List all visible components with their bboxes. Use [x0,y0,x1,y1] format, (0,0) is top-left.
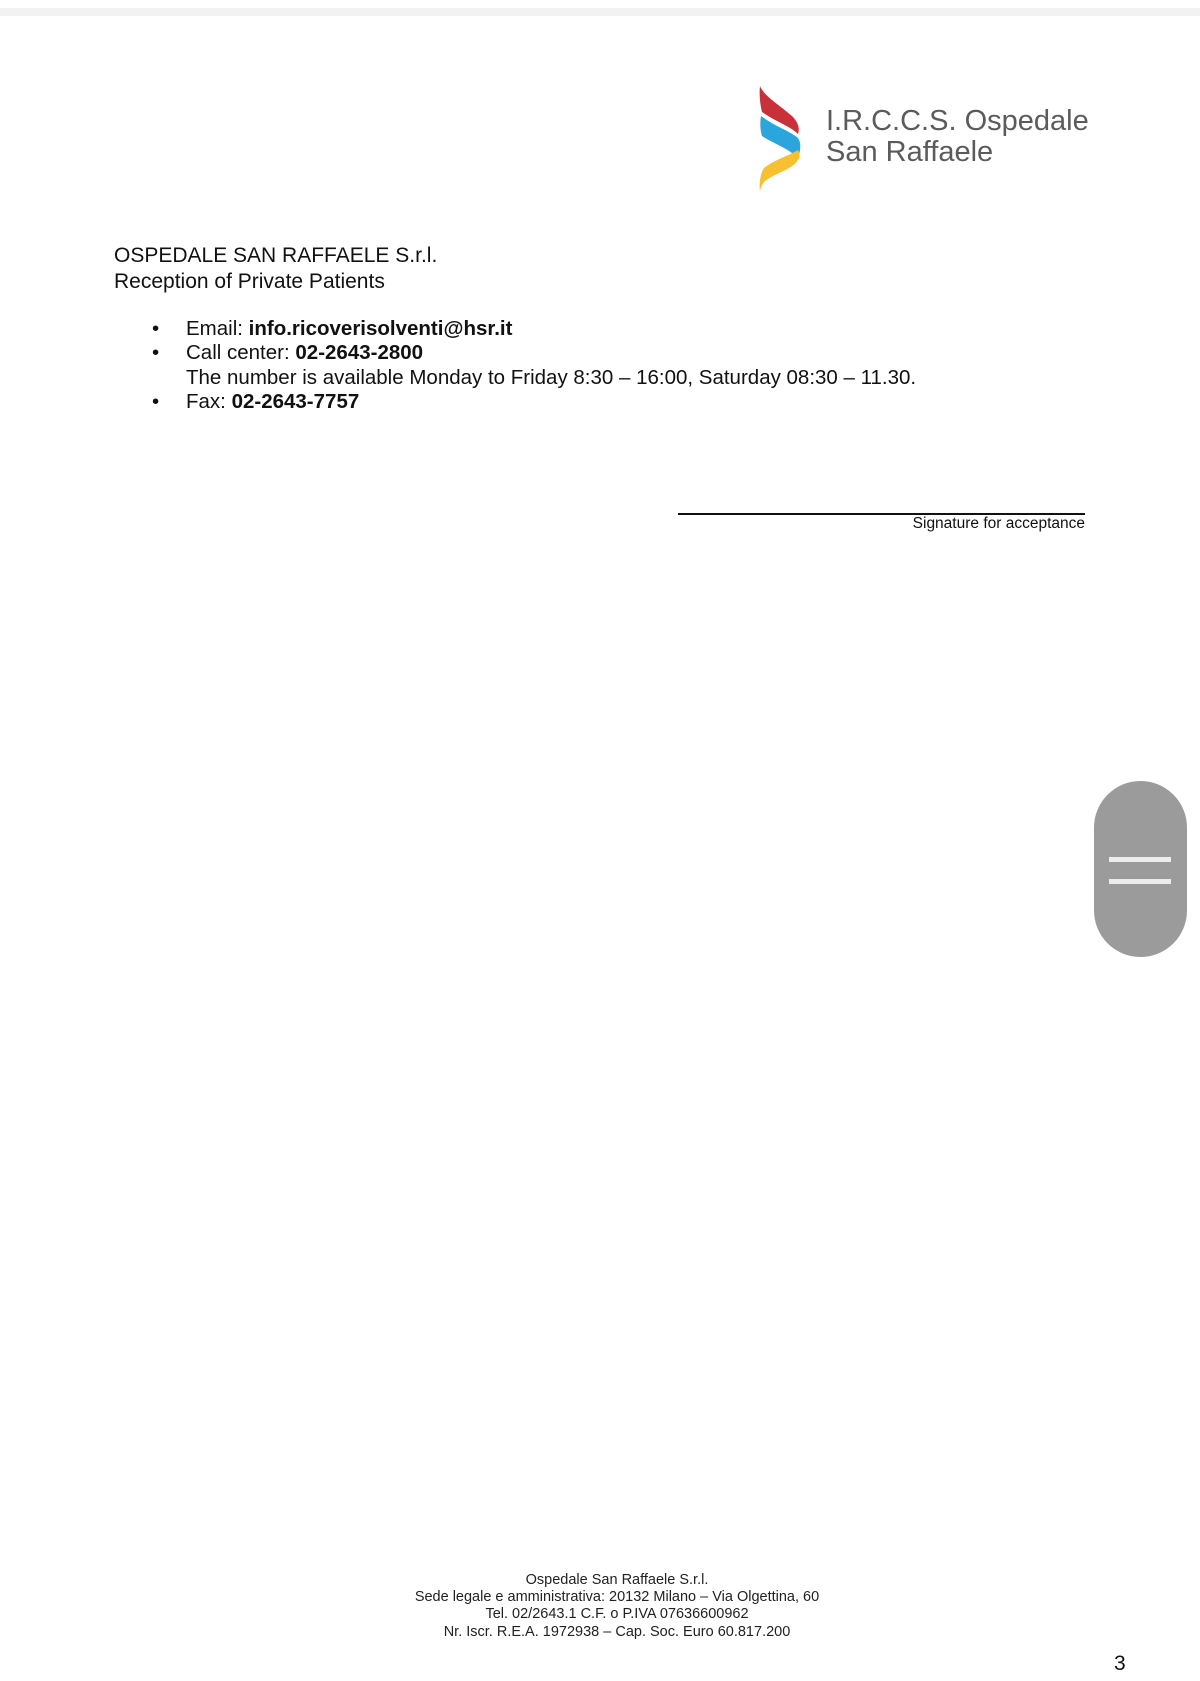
drag-handle-icon [1109,857,1171,862]
page-footer: Ospedale San Raffaele S.r.l. Sede legale… [0,1572,1200,1641]
fax-label: Fax: [186,390,232,413]
drag-handle-icon [1109,879,1171,884]
page-number: 3 [1114,1652,1126,1676]
signature-label: Signature for acceptance [913,515,1085,533]
organization-name: OSPEDALE SAN RAFFAELE S.r.l. [114,243,437,269]
organization-block: OSPEDALE SAN RAFFAELE S.r.l. Reception o… [114,243,437,295]
fax-value: 02-2643-7757 [232,390,360,413]
bullet-icon: • [152,390,159,414]
department-name: Reception of Private Patients [114,269,437,295]
footer-line-tax: Tel. 02/2643.1 C.F. o P.IVA 07636600962 [0,1606,1200,1623]
email-label: Email: [186,317,249,340]
footer-line-registry: Nr. Iscr. R.E.A. 1972938 – Cap. Soc. Eur… [0,1624,1200,1641]
bullet-icon: • [152,317,159,341]
hsr-ribbon-logo-icon [758,86,804,192]
call-center-hours: The number is available Monday to Friday… [186,366,916,390]
top-toolbar-strip [0,8,1200,16]
footer-line-company: Ospedale San Raffaele S.r.l. [0,1572,1200,1589]
call-center-value: 02-2643-2800 [295,341,423,364]
logo-text: I.R.C.C.S. Ospedale San Raffaele [826,106,1089,168]
footer-line-address: Sede legale e amministrativa: 20132 Mila… [0,1589,1200,1606]
email-value[interactable]: info.ricoverisolventi@hsr.it [249,317,513,340]
bullet-icon: • [152,341,159,365]
logo-line-2: San Raffaele [826,137,1089,168]
logo-line-1: I.R.C.C.S. Ospedale [826,106,1089,137]
scroll-handle[interactable] [1094,781,1187,957]
call-center-label: Call center: [186,341,295,364]
